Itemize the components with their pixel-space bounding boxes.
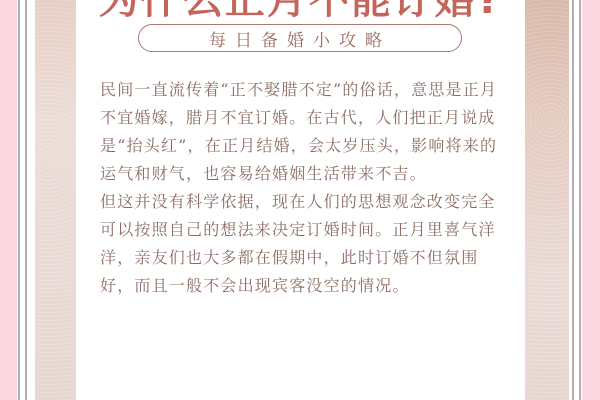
page-title: 为什么正月不能订婚?	[76, 0, 525, 22]
subtitle-text: 每日备婚小攻略	[209, 26, 391, 51]
lace-texture-right	[523, 0, 569, 400]
frame-line-right-inner	[572, 0, 574, 400]
paragraph-1: 民间一直流传着“正不娶腊不定”的俗话，意思是正月不宜婚嫁，腊月不宜订婚。在古代，…	[100, 76, 512, 188]
frame-line-left-inner	[25, 0, 27, 400]
article-card: 为什么正月不能订婚? 每日备婚小攻略 民间一直流传着“正不娶腊不定”的俗话，意思…	[76, 0, 525, 400]
lace-texture-left	[35, 0, 77, 400]
paragraph-2: 但这并没有科学依据，现在人们的思想观念改变完全可以按照自己的想法来决定订婚时间。…	[100, 188, 512, 300]
frame-line-right-outer	[579, 0, 581, 400]
outer-pink-border-left	[0, 0, 17, 400]
article-body: 民间一直流传着“正不娶腊不定”的俗话，意思是正月不宜婚嫁，腊月不宜订婚。在古代，…	[100, 76, 512, 300]
frame-line-left-outer	[18, 0, 20, 400]
outer-pink-border-right	[582, 0, 600, 400]
subtitle-pill: 每日备婚小攻略	[138, 24, 462, 52]
